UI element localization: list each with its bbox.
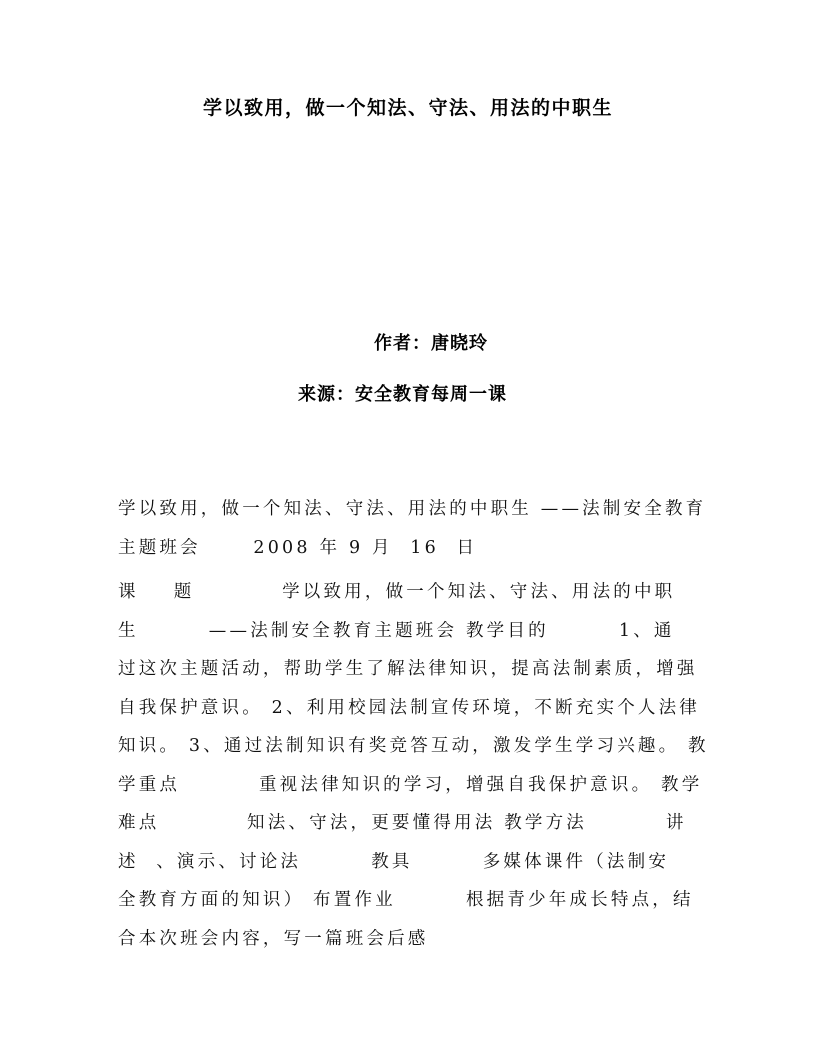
paragraph-line: 学以致用，做一个知法、守法、用法的中职生 ——法制安全教育 (118, 490, 698, 529)
document-page: 学以致用，做一个知法、守法、用法的中职生 作者：唐晓玲 来源：安全教育每周一课 … (0, 0, 816, 1056)
paragraph-line: 学重点 重视法律知识的学习，增强自我保护意识。 教学 (118, 766, 698, 805)
intro-paragraph: 学以致用，做一个知法、守法、用法的中职生 ——法制安全教育 主题班会 2008 … (118, 490, 698, 567)
paragraph-line: 课 题 学以致用，做一个知法、守法、用法的中职 (118, 573, 698, 612)
source-line: 来源：安全教育每周一课 (298, 383, 507, 407)
paragraph-line: 合本次班会内容，写一篇班会后感 (118, 920, 698, 959)
paragraph-line: 述 、演示、讨论法 教具 多媒体课件（法制安 (118, 843, 698, 882)
paragraph-line: 难点 知法、守法，更要懂得用法 教学方法 讲 (118, 804, 698, 843)
paragraph-line: 全教育方面的知识） 布置作业 根据青少年成长特点，结 (118, 881, 698, 920)
paragraph-line: 自我保护意识。 2、利用校园法制宣传环境，不断充实个人法律 (118, 689, 698, 728)
author-line: 作者：唐晓玲 (374, 332, 488, 356)
document-title: 学以致用，做一个知法、守法、用法的中职生 (0, 95, 816, 121)
paragraph-line: 知识。 3、通过法制知识有奖竞答互动，激发学生学习兴趣。 教 (118, 727, 698, 766)
lesson-plan-paragraph: 课 题 学以致用，做一个知法、守法、用法的中职 生 ——法制安全教育主题班会 教… (118, 573, 698, 958)
paragraph-line: 过这次主题活动，帮助学生了解法律知识，提高法制素质，增强 (118, 650, 698, 689)
paragraph-line: 生 ——法制安全教育主题班会 教学目的 1、通 (118, 612, 698, 651)
paragraph-line: 主题班会 2008 年 9 月 16 日 (118, 529, 698, 568)
